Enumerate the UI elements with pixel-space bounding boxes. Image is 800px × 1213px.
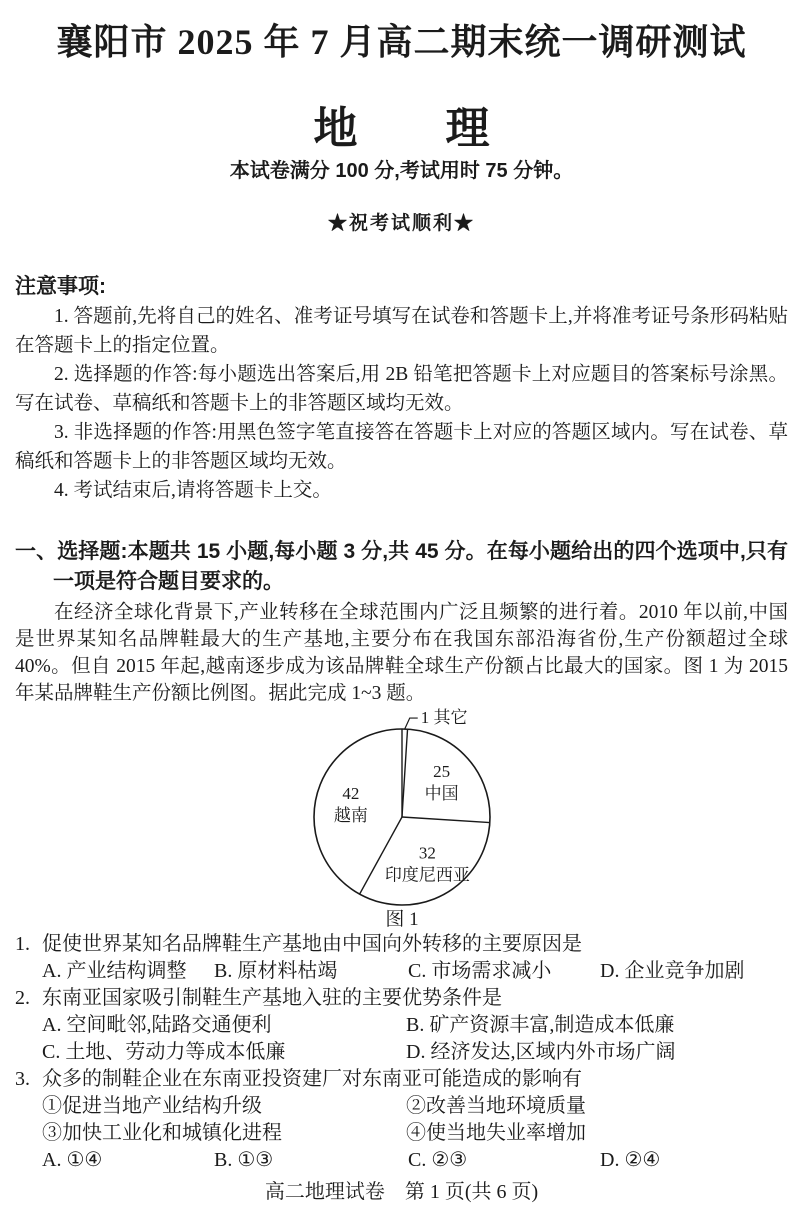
question-3-subitem-1: ①促进当地产业结构升级 xyxy=(42,1093,406,1120)
pie-label-3: 越南 xyxy=(333,806,367,825)
question-3-subitem-2: ②改善当地环境质量 xyxy=(406,1093,788,1120)
pie-value-1: 25 xyxy=(433,762,450,781)
pie-chart: 1 其它25中国32印度尼西亚42越南图 1 xyxy=(252,707,552,931)
notes-section: 注意事项: 1. 答题前,先将自己的姓名、准考证号填写在试卷和答题卡上,并将准考… xyxy=(15,272,788,505)
question-2-options: A. 空间毗邻,陆路交通便利 B. 矿产资源丰富,制造成本低廉 C. 土地、劳动… xyxy=(15,1012,788,1066)
pie-slice-boundary-2 xyxy=(402,817,490,823)
question-3-option-b: B. ①③ xyxy=(214,1147,408,1174)
question-1-option-d: D. 企业竞争加剧 xyxy=(600,958,788,985)
question-3-option-a: A. ①④ xyxy=(42,1147,214,1174)
pie-value-2: 32 xyxy=(418,843,435,862)
pie-label-2: 印度尼西亚 xyxy=(384,865,469,884)
question-3-options: A. ①④ B. ①③ C. ②③ D. ②④ xyxy=(15,1147,788,1174)
question-2-option-b: B. 矿产资源丰富,制造成本低廉 xyxy=(406,1012,788,1039)
question-2-option-c: C. 土地、劳动力等成本低廉 xyxy=(42,1039,406,1066)
question-3-subitem-3: ③加快工业化和城镇化进程 xyxy=(42,1120,406,1147)
question-1-text: 促使世界某知名品牌鞋生产基地由中国向外转移的主要原因是 xyxy=(42,931,788,958)
question-3-number: 3. xyxy=(15,1066,42,1093)
pie-label-1: 中国 xyxy=(424,784,458,803)
note-item-4: 4. 考试结束后,请将答题卡上交。 xyxy=(15,476,788,505)
pie-outside-label-0: 1 其它 xyxy=(420,707,467,727)
question-3-text: 众多的制鞋企业在东南亚投资建厂对东南亚可能造成的影响有 xyxy=(42,1066,788,1093)
question-3-subitem-4: ④使当地失业率增加 xyxy=(406,1120,788,1147)
question-1-number: 1. xyxy=(15,931,42,958)
question-3: 3. 众多的制鞋企业在东南亚投资建厂对东南亚可能造成的影响有 ①促进当地产业结构… xyxy=(15,1066,788,1174)
pie-leader-line-0 xyxy=(404,718,417,729)
question-1-options: A. 产业结构调整 B. 原材料枯竭 C. 市场需求减小 D. 企业竞争加剧 xyxy=(15,958,788,985)
blessing-line: ★祝考试顺利★ xyxy=(15,212,788,236)
figure-1: 1 其它25中国32印度尼西亚42越南图 1 xyxy=(15,707,788,931)
page-footer: 高二地理试卷 第 1 页(共 6 页) xyxy=(15,1180,788,1204)
question-1-option-a: A. 产业结构调整 xyxy=(42,958,214,985)
question-3-subitems: ①促进当地产业结构升级 ②改善当地环境质量 ③加快工业化和城镇化进程 ④使当地失… xyxy=(15,1093,788,1147)
pie-value-3: 42 xyxy=(342,784,359,803)
exam-info-line: 本试卷满分 100 分,考试用时 75 分钟。 xyxy=(15,158,788,184)
question-1-option-b: B. 原材料枯竭 xyxy=(214,958,408,985)
exam-page: 襄阳市 2025 年 7 月高二期末统一调研测试 地 理 本试卷满分 100 分… xyxy=(0,0,800,1213)
section1-heading: 一、选择题:本题共 15 小题,每小题 3 分,共 45 分。在每小题给出的四个… xyxy=(15,537,788,597)
question-2-text: 东南亚国家吸引制鞋生产基地入驻的主要优势条件是 xyxy=(42,985,788,1012)
question-2-stem: 2. 东南亚国家吸引制鞋生产基地入驻的主要优势条件是 xyxy=(15,985,788,1012)
question-1-stem: 1. 促使世界某知名品牌鞋生产基地由中国向外转移的主要原因是 xyxy=(15,931,788,958)
question-1: 1. 促使世界某知名品牌鞋生产基地由中国向外转移的主要原因是 A. 产业结构调整… xyxy=(15,931,788,985)
question-3-stem: 3. 众多的制鞋企业在东南亚投资建厂对东南亚可能造成的影响有 xyxy=(15,1066,788,1093)
note-item-1: 1. 答题前,先将自己的姓名、准考证号填写在试卷和答题卡上,并将准考证号条形码粘… xyxy=(15,302,788,360)
question-group-intro: 在经济全球化背景下,产业转移在全球范围内广泛且频繁的进行着。2010 年以前,中… xyxy=(15,599,788,707)
note-item-2: 2. 选择题的作答:每小题选出答案后,用 2B 铅笔把答题卡上对应题目的答案标号… xyxy=(15,360,788,418)
pie-slice-boundary-1 xyxy=(402,729,408,817)
question-2-option-a: A. 空间毗邻,陆路交通便利 xyxy=(42,1012,406,1039)
notes-heading: 注意事项: xyxy=(15,272,788,302)
question-3-option-d: D. ②④ xyxy=(600,1147,788,1174)
question-1-option-c: C. 市场需求减小 xyxy=(408,958,600,985)
question-2: 2. 东南亚国家吸引制鞋生产基地入驻的主要优势条件是 A. 空间毗邻,陆路交通便… xyxy=(15,985,788,1066)
figure-caption: 图 1 xyxy=(385,908,418,930)
exam-title: 襄阳市 2025 年 7 月高二期末统一调研测试 xyxy=(15,20,788,64)
question-2-option-d: D. 经济发达,区域内外市场广阔 xyxy=(406,1039,788,1066)
question-2-number: 2. xyxy=(15,985,42,1012)
note-item-3: 3. 非选择题的作答:用黑色签字笔直接答在答题卡上对应的答题区域内。写在试卷、草… xyxy=(15,418,788,476)
question-3-option-c: C. ②③ xyxy=(408,1147,600,1174)
subject-title: 地 理 xyxy=(15,106,788,152)
